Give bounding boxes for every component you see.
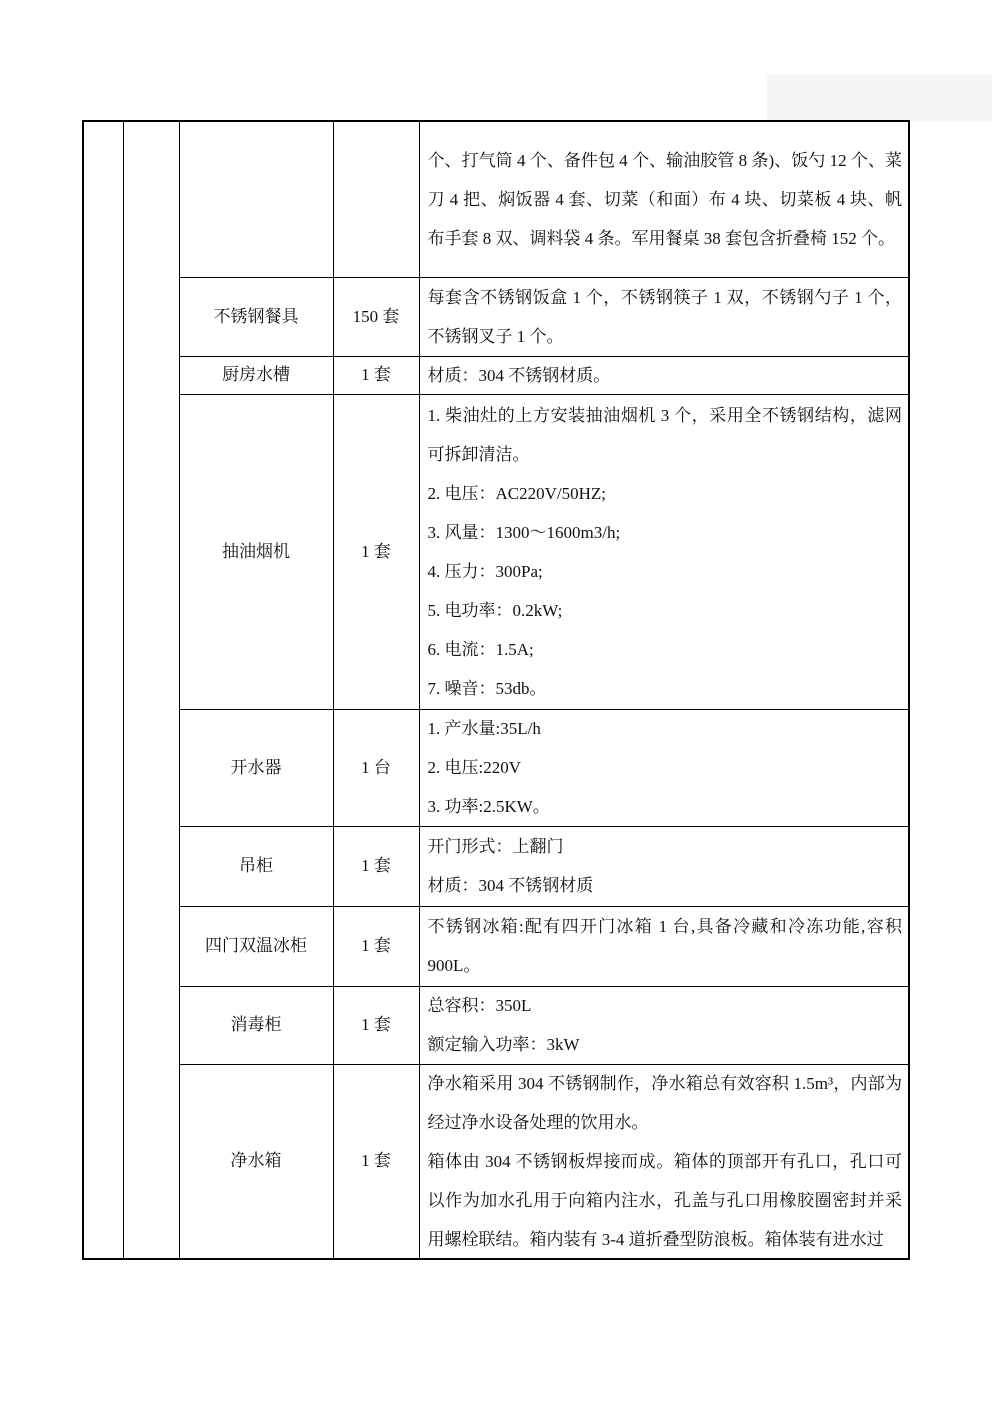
item-desc-cell: 不锈钢冰箱:配有四开门冰箱 1 台,具备冷藏和冷冻功能,容积 900L。 bbox=[419, 906, 909, 986]
item-desc-cell: 净水箱采用 304 不锈钢制作，净水箱总有效容积 1.5m³，内部为经过净水设备… bbox=[419, 1064, 909, 1259]
desc-paragraph: 2. 电压：AC220V/50HZ; bbox=[428, 474, 903, 513]
desc-paragraph: 净水箱采用 304 不锈钢制作，净水箱总有效容积 1.5m³，内部为经过净水设备… bbox=[428, 1066, 903, 1142]
table-row: 净水箱 1 套 净水箱采用 304 不锈钢制作，净水箱总有效容积 1.5m³，内… bbox=[83, 1064, 909, 1259]
spec-table: 个、打气筒 4 个、备件包 4 个、输油胶管 8 条)、饭勺 12 个、菜刀 4… bbox=[82, 120, 910, 1260]
desc-paragraph: 箱体由 304 不锈钢板焊接而成。箱体的顶部开有孔口，孔口可以作为加水孔用于向箱… bbox=[428, 1142, 903, 1257]
item-desc-cell: 个、打气筒 4 个、备件包 4 个、输油胶管 8 条)、饭勺 12 个、菜刀 4… bbox=[419, 121, 909, 277]
item-qty-cell: 1 套 bbox=[333, 1064, 419, 1259]
desc-paragraph: 1. 产水量:35L/h bbox=[428, 711, 903, 748]
desc-paragraph: 1. 柴油灶的上方安装抽油烟机 3 个，采用全不锈钢结构，滤网可拆卸清洁。 bbox=[428, 396, 903, 474]
table-row: 抽油烟机 1 套 1. 柴油灶的上方安装抽油烟机 3 个，采用全不锈钢结构，滤网… bbox=[83, 394, 909, 709]
table-row: 开水器 1 台 1. 产水量:35L/h 2. 电压:220V 3. 功率:2.… bbox=[83, 709, 909, 826]
desc-paragraph: 6. 电流：1.5A; bbox=[428, 630, 903, 669]
desc-paragraph: 材质：304 不锈钢材质。 bbox=[428, 357, 903, 393]
item-desc-cell: 材质：304 不锈钢材质。 bbox=[419, 356, 909, 394]
desc-paragraph: 4. 压力：300Pa; bbox=[428, 552, 903, 591]
item-name-cell: 不锈钢餐具 bbox=[179, 277, 333, 356]
item-qty-cell: 1 台 bbox=[333, 709, 419, 826]
table-row: 厨房水槽 1 套 材质：304 不锈钢材质。 bbox=[83, 356, 909, 394]
item-desc-cell: 总容积：350L 额定输入功率：3kW bbox=[419, 986, 909, 1064]
item-name-cell: 四门双温冰柜 bbox=[179, 906, 333, 986]
desc-paragraph: 额定输入功率：3kW bbox=[428, 1025, 903, 1062]
item-name-cell: 开水器 bbox=[179, 709, 333, 826]
table-row: 消毒柜 1 套 总容积：350L 额定输入功率：3kW bbox=[83, 986, 909, 1064]
item-qty-cell: 1 套 bbox=[333, 356, 419, 394]
desc-paragraph: 3. 功率:2.5KW。 bbox=[428, 787, 903, 824]
desc-paragraph: 每套含不锈钢饭盒 1 个，不锈钢筷子 1 双，不锈钢勺子 1 个，不锈钢叉子 1… bbox=[428, 278, 903, 355]
item-name-cell: 消毒柜 bbox=[179, 986, 333, 1064]
table-row: 不锈钢餐具 150 套 每套含不锈钢饭盒 1 个，不锈钢筷子 1 双，不锈钢勺子… bbox=[83, 277, 909, 356]
desc-paragraph: 5. 电功率：0.2kW; bbox=[428, 591, 903, 630]
desc-paragraph: 材质：304 不锈钢材质 bbox=[428, 866, 903, 904]
item-desc-cell: 每套含不锈钢饭盒 1 个，不锈钢筷子 1 双，不锈钢勺子 1 个，不锈钢叉子 1… bbox=[419, 277, 909, 356]
item-qty-cell: 1 套 bbox=[333, 986, 419, 1064]
desc-paragraph: 总容积：350L bbox=[428, 988, 903, 1025]
item-desc-cell: 1. 柴油灶的上方安装抽油烟机 3 个，采用全不锈钢结构，滤网可拆卸清洁。 2.… bbox=[419, 394, 909, 709]
item-qty-cell bbox=[333, 121, 419, 277]
table-row: 吊柜 1 套 开门形式：上翻门 材质：304 不锈钢材质 bbox=[83, 826, 909, 906]
page-margin-shade bbox=[767, 75, 992, 121]
item-desc-cell: 开门形式：上翻门 材质：304 不锈钢材质 bbox=[419, 826, 909, 906]
item-name-cell: 净水箱 bbox=[179, 1064, 333, 1259]
table-row: 个、打气筒 4 个、备件包 4 个、输油胶管 8 条)、饭勺 12 个、菜刀 4… bbox=[83, 121, 909, 277]
item-name-cell: 吊柜 bbox=[179, 826, 333, 906]
left-margin-cell-1 bbox=[83, 121, 123, 1259]
desc-paragraph: 3. 风量：1300～1600m3/h; bbox=[428, 513, 903, 552]
desc-paragraph: 2. 电压:220V bbox=[428, 748, 903, 787]
left-margin-cell-2 bbox=[123, 121, 179, 1259]
item-desc-cell: 1. 产水量:35L/h 2. 电压:220V 3. 功率:2.5KW。 bbox=[419, 709, 909, 826]
item-qty-cell: 1 套 bbox=[333, 906, 419, 986]
item-name-cell bbox=[179, 121, 333, 277]
item-qty-cell: 1 套 bbox=[333, 826, 419, 906]
table-row: 四门双温冰柜 1 套 不锈钢冰箱:配有四开门冰箱 1 台,具备冷藏和冷冻功能,容… bbox=[83, 906, 909, 986]
item-qty-cell: 1 套 bbox=[333, 394, 419, 709]
item-qty-cell: 150 套 bbox=[333, 277, 419, 356]
item-name-cell: 厨房水槽 bbox=[179, 356, 333, 394]
desc-paragraph: 7. 噪音：53db。 bbox=[428, 669, 903, 708]
desc-paragraph: 开门形式：上翻门 bbox=[428, 828, 903, 866]
desc-paragraph: 个、打气筒 4 个、备件包 4 个、输油胶管 8 条)、饭勺 12 个、菜刀 4… bbox=[428, 141, 903, 258]
item-name-cell: 抽油烟机 bbox=[179, 394, 333, 709]
document-page: 个、打气筒 4 个、备件包 4 个、输油胶管 8 条)、饭勺 12 个、菜刀 4… bbox=[0, 0, 992, 1403]
desc-paragraph: 不锈钢冰箱:配有四开门冰箱 1 台,具备冷藏和冷冻功能,容积 900L。 bbox=[428, 908, 903, 984]
